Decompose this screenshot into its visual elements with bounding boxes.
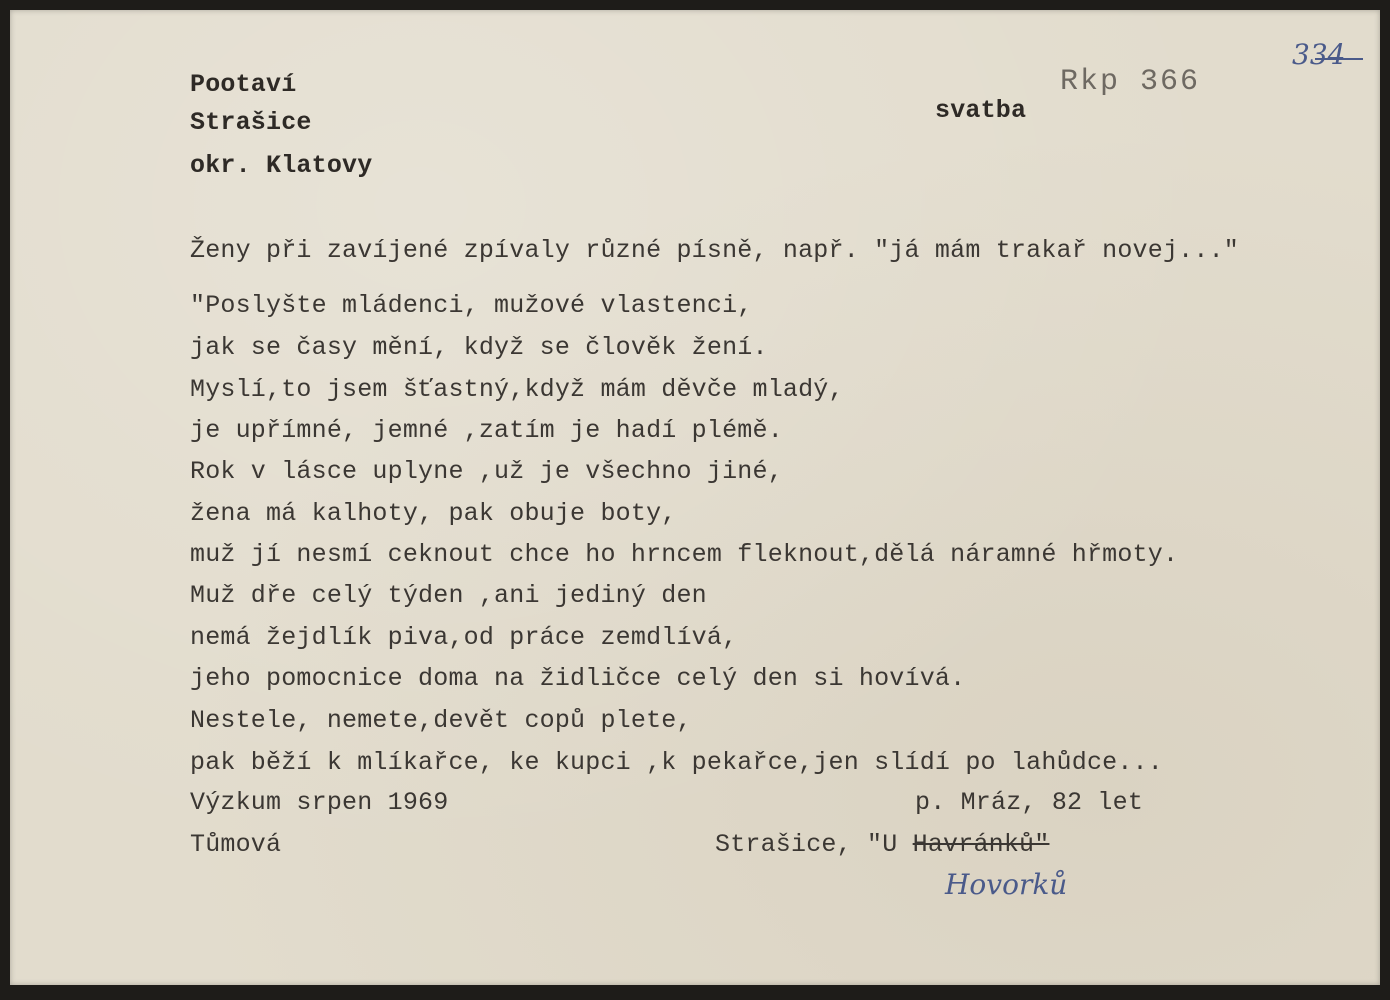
song-line: pak běží k mlíkařce, ke kupci ,k pekařce…	[190, 750, 1163, 775]
research-date: Výzkum srpen 1969	[190, 790, 448, 815]
location-line: Strašice	[190, 110, 312, 135]
song-line: nemá žejdlík piva,od práce zemdlívá,	[190, 625, 737, 650]
intro-text: Ženy při zavíjené zpívaly různé písně, n…	[190, 238, 1239, 263]
song-line: Nestele, nemete,devět copů plete,	[190, 708, 692, 733]
location-line: okr. Klatovy	[190, 153, 372, 178]
manuscript-reference: Rkp 366	[1060, 67, 1200, 97]
place: Strašice, "U Havránků"	[715, 832, 1049, 857]
place-struck-name: Havránků"	[913, 830, 1050, 859]
strikethrough-mark	[1315, 58, 1363, 60]
location-line: Pootaví	[190, 72, 296, 97]
song-line: jak se časy mění, když se člověk žení.	[190, 335, 768, 360]
archive-card: Pootaví Strašice okr. Klatovy svatba Rkp…	[10, 10, 1380, 985]
song-line: Myslí,to jsem šťastný,když mám děvče mla…	[190, 377, 844, 402]
handwritten-page-number: 334	[1292, 38, 1345, 71]
song-line: muž jí nesmí ceknout chce ho hrncem flek…	[190, 542, 1178, 567]
song-line: Rok v lásce uplyne ,už je všechno jiné,	[190, 459, 783, 484]
song-line: "Poslyšte mládenci, mužové vlastenci,	[190, 293, 753, 318]
song-line: je upřímné, jemné ,zatím je hadí plémě.	[190, 418, 783, 443]
song-line: žena má kalhoty, pak obuje boty,	[190, 501, 676, 526]
collector-name: Tůmová	[190, 832, 281, 857]
handwritten-correction: Hovorků	[945, 868, 1067, 901]
topic-label: svatba	[935, 98, 1026, 123]
place-prefix: Strašice, "U	[715, 830, 913, 859]
song-line: Muž dře celý týden ,ani jediný den	[190, 583, 707, 608]
informant: p. Mráz, 82 let	[915, 790, 1143, 815]
song-line: jeho pomocnice doma na židličce celý den…	[190, 666, 965, 691]
